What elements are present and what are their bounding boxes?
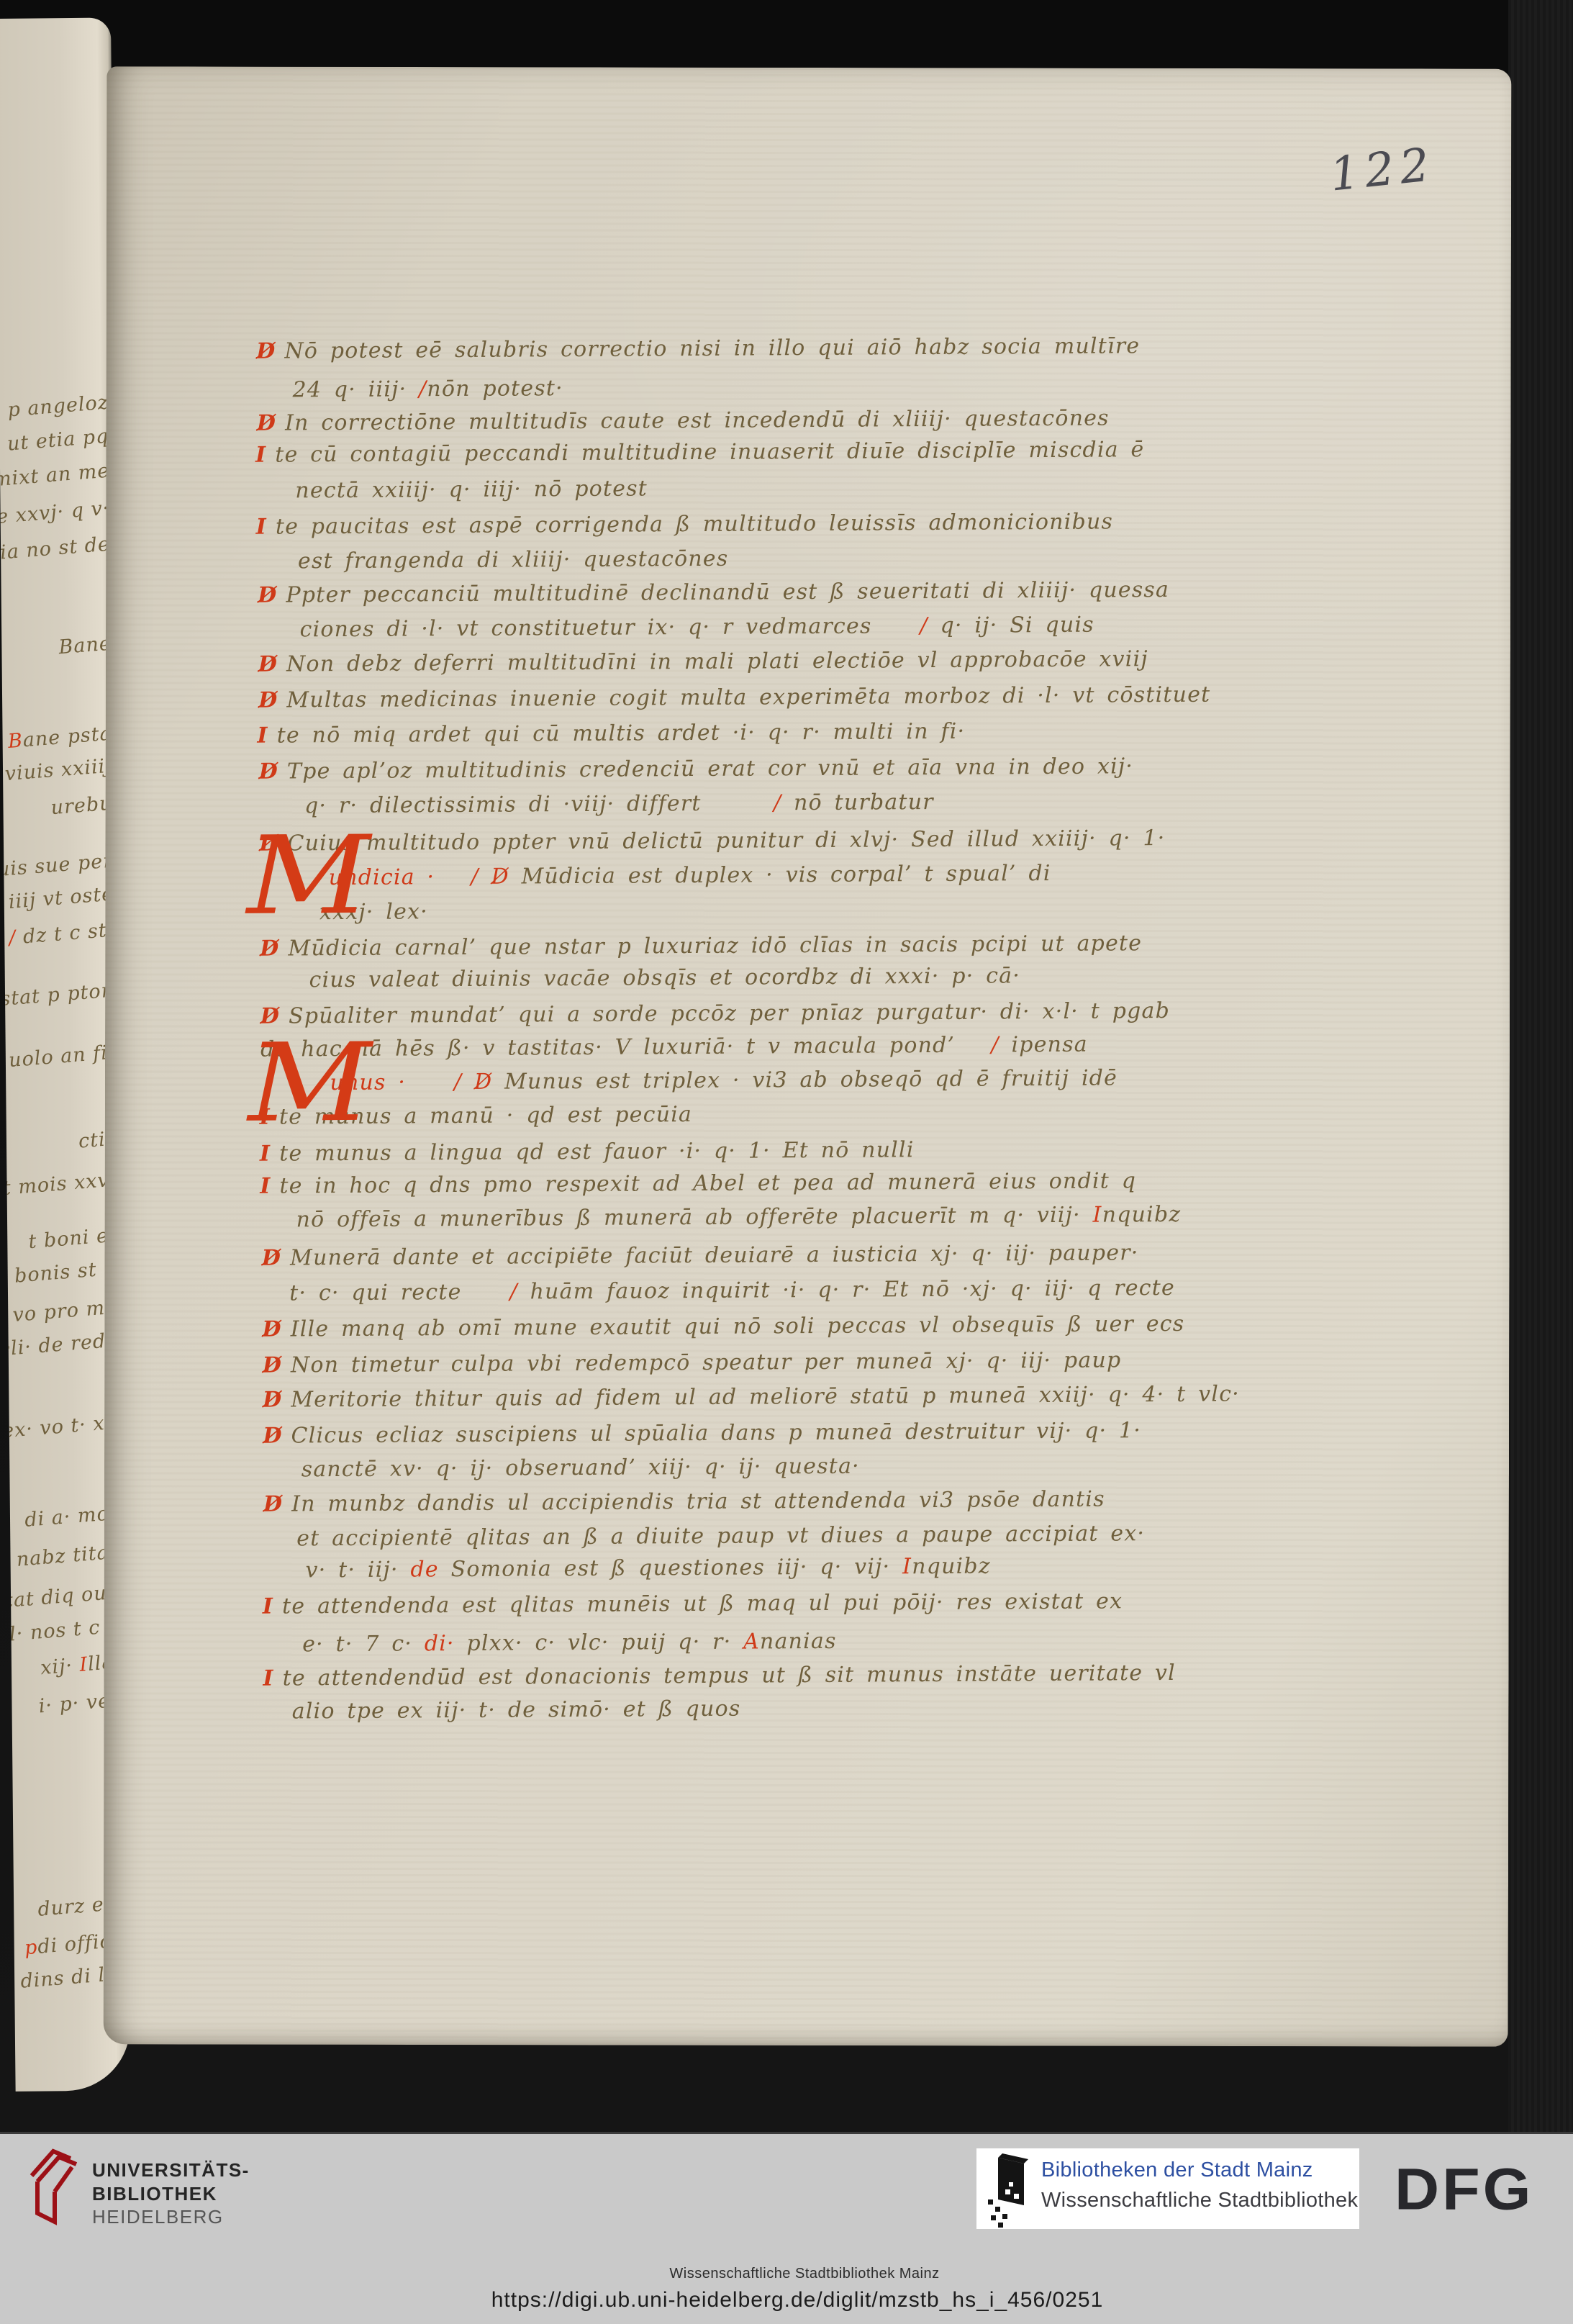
manuscript-line: q· r· dilectissimis di ·viij· differt / … <box>304 790 934 818</box>
footer-bar: UNIVERSITÄTS- BIBLIOTHEK HEIDELBERG <box>0 2132 1573 2324</box>
manuscript-line: v· t· iij· de Somonia est ß questiones i… <box>305 1554 990 1583</box>
marginalia-line: m· di· iiij vt oste <box>0 883 114 919</box>
mainz-line1: Bibliotheken der Stadt Mainz <box>1041 2158 1313 2182</box>
ubh-line3: HEIDELBERG <box>92 2205 250 2229</box>
manuscript-line: D̸Multas medicinas inuenie cogit multa e… <box>258 682 1210 713</box>
marginalia-line: quia no st de <box>0 533 111 566</box>
marginalia-line: ex· vo t· xi· <box>1 1411 119 1442</box>
marginalia-line: Bane <box>58 633 112 659</box>
manuscript-line: D̸Meritorie thitur quis ad fidem ul ad m… <box>263 1381 1240 1412</box>
manuscript-line: alio tpe ex iij· t· de simō· et ß quos <box>292 1696 741 1724</box>
manuscript-line: nō offeīs a munerībus ß munerā ab offerē… <box>296 1202 1181 1233</box>
ubh-line1: UNIVERSITÄTS- <box>92 2158 250 2182</box>
manuscript-line: 24 q· iiij· /nōn potest· <box>292 376 563 402</box>
marginalia-line: bonis st g <box>14 1257 118 1288</box>
marginalia-line: constat diq oup <box>0 1581 121 1616</box>
manuscript-line: t· c· qui recte / huām fauoz inquirit ·i… <box>289 1275 1175 1306</box>
marginalia-line: iij q· 1· Bane psta <box>0 723 113 759</box>
manuscript-line: ciones di ·l· vt constituetur ix· q· r v… <box>299 612 1094 643</box>
mainz-library-logo-box: Bibliotheken der Stadt Mainz Wissenschaf… <box>976 2148 1359 2229</box>
manuscript-line: D̸Ppter peccanciū multitudinē declinandū… <box>258 577 1169 608</box>
manuscript-line: D̸In munbz dandis ul accipiendis tria st… <box>263 1487 1105 1517</box>
ub-heidelberg-books-icon <box>27 2147 82 2232</box>
manuscript-line: D̸Non timetur culpa vbi redempcō speatur… <box>263 1347 1122 1378</box>
manuscript-line: e· t· 7 c· di· plxx· c· vlc· puij q· r· … <box>302 1629 837 1658</box>
marginalia-line: pate xxvj· q v· <box>0 497 111 531</box>
ubh-line2: BIBLIOTHEK <box>92 2182 250 2206</box>
footer-caption: Wissenschaftliche Stadtbibliothek Mainz <box>0 2266 1573 2282</box>
manuscript-page: 122 D̸Nō potest eē salubris correctio ni… <box>104 66 1512 2046</box>
marginalia-line: uolo an fi: <box>8 1041 116 1072</box>
ub-heidelberg-wordmark: UNIVERSITÄTS- BIBLIOTHEK HEIDELBERG <box>92 2158 250 2229</box>
mainz-book-icon <box>985 2152 1031 2228</box>
marginalia-line: di· xl· nos t c p <box>0 1614 122 1649</box>
manuscript-line: D̸Munerā dante et accipiēte faciūt deuia… <box>262 1240 1139 1270</box>
marginalia-line: quis sue per <box>0 850 114 882</box>
manuscript-line: nectā xxiiij· q· iiij· nō potest <box>295 476 648 503</box>
manuscript-line: D̸Non debz deferri multitudīni in mali p… <box>258 646 1148 677</box>
illuminated-initial: M <box>248 1029 372 1138</box>
manuscript-scan-viewer: ad p angelozdz ut etia pqe mixt an mepat… <box>0 0 1573 2324</box>
marginalia-line: urebu <box>50 792 114 820</box>
manuscript-line: Ite attendendūd est donacionis tempus ut… <box>263 1660 1176 1691</box>
manuscript-line: D̸In correctiōne multitudīs caute est in… <box>257 405 1110 435</box>
marginalia-line: stat p pton <box>0 980 115 1011</box>
manuscript-line: Ite attendenda est qlitas munēis ut ß ma… <box>263 1588 1123 1619</box>
book-cradle-cloth <box>1508 0 1573 2132</box>
manuscript-line: Ite in hoc q dns pmo respexit ad Abel et… <box>260 1168 1136 1198</box>
manuscript-line: est frangenda di xliiij· questacōnes <box>298 546 729 574</box>
marginalia-line: t viuis xxiiij <box>0 755 113 787</box>
manuscript-line: Ite cū contagiū peccandi multitudine inu… <box>255 437 1145 468</box>
manuscript-line: Ite paucitas est aspē corrigenda ß multi… <box>256 509 1114 539</box>
marginalia-line: ad p angeloz <box>0 392 109 425</box>
manuscript-line: D̸Cuius multitudo ppter vnū delictū puni… <box>259 826 1165 856</box>
manuscript-text-block: D̸Nō potest eē salubris correctio nisi i… <box>104 66 1512 2045</box>
marginalia-line: dz ut etia pq <box>0 425 110 458</box>
manuscript-line: Ite nō miq ardet qui cū multis ardet ·i·… <box>257 719 965 749</box>
marginalia-line: qs / dz t c st· <box>0 919 114 952</box>
footer-url: https://digi.ub.uni-heidelberg.de/diglit… <box>0 2288 1573 2312</box>
mainz-line2: Wissenschaftliche Stadtbibliothek <box>1041 2189 1358 2212</box>
manuscript-line: undicia · / D̸ Mūdicia est duplex · vis … <box>329 861 1051 890</box>
manuscript-line: cius valeat diuinis vacāe obsqīs et ocor… <box>309 963 1020 993</box>
manuscript-line: D̸Ille manq ab omī mune exautit qui nō s… <box>262 1311 1184 1342</box>
manuscript-line: D̸Mūdicia carnal’ que nstar p luxuriaz i… <box>260 931 1142 961</box>
marginalia-line: t mois xxvi <box>2 1169 117 1200</box>
manuscript-line: D̸Tpe apl’oz multitudinis credenciū erat… <box>259 754 1134 784</box>
illuminated-initial: M <box>246 822 371 931</box>
manuscript-line: D̸Spūaliter mundat’ qui a sorde pccōz pe… <box>260 998 1170 1029</box>
manuscript-line: et accipientē qlitas an ß a diuite paup … <box>296 1521 1145 1551</box>
manuscript-line: unus · / D̸ Munus est triplex · vi3 ab o… <box>330 1065 1118 1095</box>
dfg-logo: DFG <box>1395 2156 1534 2223</box>
manuscript-line: de hac nā hēs ß· v tastitas· V luxuriā· … <box>260 1032 1088 1062</box>
manuscript-line: D̸Clicus ecliaz suscipiens ul spūalia da… <box>263 1418 1141 1448</box>
manuscript-line: D̸Nō potest eē salubris correctio nisi i… <box>256 333 1140 364</box>
manuscript-line: sanctē xv· q· ij· obseruand’ xiij· q· ij… <box>302 1454 860 1483</box>
facing-page-marginalia: ad p angelozdz ut etia pqe mixt an mepat… <box>0 17 111 19</box>
marginalia-line: vo pro me <box>12 1296 119 1326</box>
marginalia-line: eli· de rede <box>0 1329 119 1361</box>
marginalia-line: e mixt an me <box>0 460 110 493</box>
